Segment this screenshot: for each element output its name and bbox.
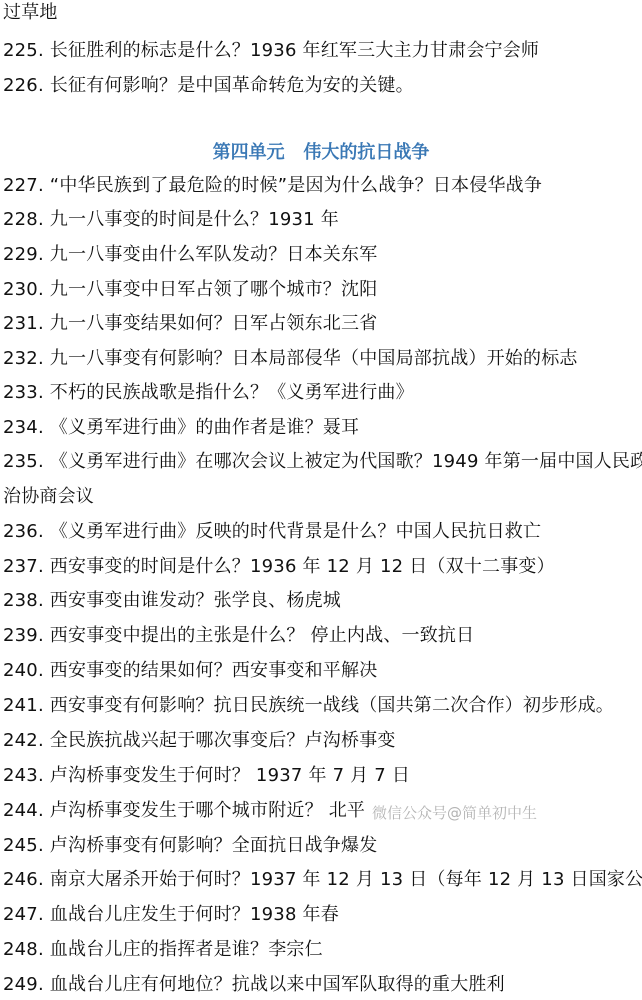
qa-item-227: 227. “中华民族到了最危险的时候”是因为什么战争？日本侵华战争	[3, 175, 642, 197]
unit-heading: 第四单元 伟大的抗日战争	[0, 142, 642, 164]
watermark: 微信公众号@简单初中生	[372, 803, 537, 823]
qa-item-235-continued: 治协商会议	[3, 486, 642, 508]
text-line: 过草地	[3, 2, 642, 24]
qa-item-246: 246. 南京大屠杀开始于何时？1937 年 12 月 13 日（每年 12 月…	[3, 869, 642, 891]
qa-item-232: 232. 九一八事变有何影响？日本局部侵华（中国局部抗战）开始的标志	[3, 348, 642, 370]
qa-item-249: 249. 血战台儿庄有何地位？抗战以来中国军队取得的重大胜利	[3, 974, 642, 996]
qa-item-231: 231. 九一八事变结果如何？日军占领东北三省	[3, 313, 642, 335]
qa-item-228: 228. 九一八事变的时间是什么？1931 年	[3, 209, 642, 231]
qa-item-226: 226. 长征有何影响？是中国革命转危为安的关键。	[3, 75, 642, 97]
qa-item-244: 244. 卢沟桥事变发生于哪个城市附近？ 北平	[3, 800, 642, 822]
qa-item-247: 247. 血战台儿庄发生于何时？1938 年春	[3, 904, 642, 926]
qa-item-233: 233. 不朽的民族战歌是指什么？《义勇军进行曲》	[3, 382, 642, 404]
qa-item-240: 240. 西安事变的结果如何？西安事变和平解决	[3, 660, 642, 682]
qa-item-236: 236. 《义勇军进行曲》反映的时代背景是什么？中国人民抗日救亡	[3, 521, 642, 543]
qa-item-235: 235. 《义勇军进行曲》在哪次会议上被定为代国歌？1949 年第一届中国人民政	[3, 451, 642, 473]
qa-item-239: 239. 西安事变中提出的主张是什么？ 停止内战、一致抗日	[3, 625, 642, 647]
qa-item-248: 248. 血战台儿庄的指挥者是谁？李宗仁	[3, 939, 642, 961]
qa-item-230: 230. 九一八事变中日军占领了哪个城市？沈阳	[3, 279, 642, 301]
document-page: 过草地 225. 长征胜利的标志是什么？1936 年红军三大主力甘肃会宁会师 2…	[0, 0, 642, 1000]
qa-item-242: 242. 全民族抗战兴起于哪次事变后？卢沟桥事变	[3, 730, 642, 752]
qa-item-245: 245. 卢沟桥事变有何影响？全面抗日战争爆发	[3, 835, 642, 857]
qa-item-225: 225. 长征胜利的标志是什么？1936 年红军三大主力甘肃会宁会师	[3, 40, 642, 62]
qa-item-241: 241. 西安事变有何影响？抗日民族统一战线（国共第二次合作）初步形成。	[3, 695, 642, 717]
qa-item-229: 229. 九一八事变由什么军队发动？日本关东军	[3, 244, 642, 266]
qa-item-243: 243. 卢沟桥事变发生于何时？ 1937 年 7 月 7 日	[3, 765, 642, 787]
qa-item-238: 238. 西安事变由谁发动？张学良、杨虎城	[3, 590, 642, 612]
qa-item-234: 234. 《义勇军进行曲》的曲作者是谁？聂耳	[3, 417, 642, 439]
qa-item-237: 237. 西安事变的时间是什么？1936 年 12 月 12 日（双十二事变）	[3, 556, 642, 578]
